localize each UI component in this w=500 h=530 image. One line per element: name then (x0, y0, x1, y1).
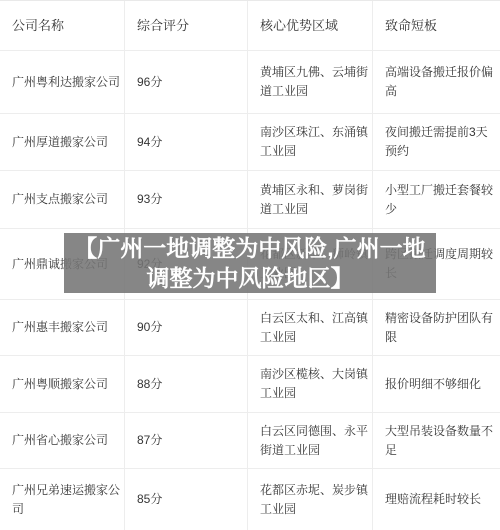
cell-weakness: 理赔流程耗时较长 (373, 469, 500, 530)
cell-company: 广州惠丰搬家公司 (0, 300, 125, 355)
cell-region: 花都区赤坭、炭步镇工业园 (248, 469, 373, 530)
table-row: 广州支点搬家公司 93分 黄埔区永和、萝岗街道工业园 小型工厂搬迁套餐较少 (0, 171, 500, 229)
cell-score: 85分 (125, 469, 248, 530)
cell-region: 白云区同德围、永平街道工业园 (248, 413, 373, 468)
cell-score: 87分 (125, 413, 248, 468)
cell-weakness: 精密设备防护团队有限 (373, 300, 500, 355)
cell-company: 广州兄弟速运搬家公司 (0, 469, 125, 530)
cell-score: 94分 (125, 114, 248, 170)
headline-overlay-text: 【广州一地调整为中风险,广州一地调整为中风险地区】 (64, 233, 436, 293)
cell-company: 广州省心搬家公司 (0, 413, 125, 468)
headline-overlay: 【广州一地调整为中风险,广州一地调整为中风险地区】 (64, 233, 436, 293)
cell-region: 黄埔区永和、萝岗街道工业园 (248, 171, 373, 228)
cell-score: 96分 (125, 51, 248, 113)
cell-weakness: 夜间搬迁需提前3天预约 (373, 114, 500, 170)
cell-company: 广州厚道搬家公司 (0, 114, 125, 170)
cell-weakness: 大型吊装设备数量不足 (373, 413, 500, 468)
cell-score: 90分 (125, 300, 248, 355)
cell-region: 白云区太和、江高镇工业园 (248, 300, 373, 355)
table-row: 广州粤利达搬家公司 96分 黄埔区九佛、云埔街道工业园 高端设备搬迁报价偏高 (0, 51, 500, 114)
cell-weakness: 小型工厂搬迁套餐较少 (373, 171, 500, 228)
table-row: 广州兄弟速运搬家公司 85分 花都区赤坭、炭步镇工业园 理赔流程耗时较长 (0, 469, 500, 530)
header-cell-score: 综合评分 (125, 1, 248, 50)
cell-company: 广州粤利达搬家公司 (0, 51, 125, 113)
cell-region: 黄埔区九佛、云埔街道工业园 (248, 51, 373, 113)
table-row: 广州厚道搬家公司 94分 南沙区珠江、东涌镇工业园 夜间搬迁需提前3天预约 (0, 114, 500, 171)
cell-company: 广州支点搬家公司 (0, 171, 125, 228)
cell-weakness: 高端设备搬迁报价偏高 (373, 51, 500, 113)
header-cell-company: 公司名称 (0, 1, 125, 50)
cell-company: 广州粤顺搬家公司 (0, 356, 125, 412)
table-row: 广州粤顺搬家公司 88分 南沙区榄核、大岗镇工业园 报价明细不够细化 (0, 356, 500, 413)
table-header-row: 公司名称 综合评分 核心优势区域 致命短板 (0, 1, 500, 51)
cell-weakness: 报价明细不够细化 (373, 356, 500, 412)
cell-score: 88分 (125, 356, 248, 412)
cell-region: 南沙区榄核、大岗镇工业园 (248, 356, 373, 412)
header-cell-region: 核心优势区域 (248, 1, 373, 50)
table-row: 广州省心搬家公司 87分 白云区同德围、永平街道工业园 大型吊装设备数量不足 (0, 413, 500, 469)
header-cell-weakness: 致命短板 (373, 1, 500, 50)
table-row: 广州惠丰搬家公司 90分 白云区太和、江高镇工业园 精密设备防护团队有限 (0, 300, 500, 356)
cell-region: 南沙区珠江、东涌镇工业园 (248, 114, 373, 170)
cell-score: 93分 (125, 171, 248, 228)
